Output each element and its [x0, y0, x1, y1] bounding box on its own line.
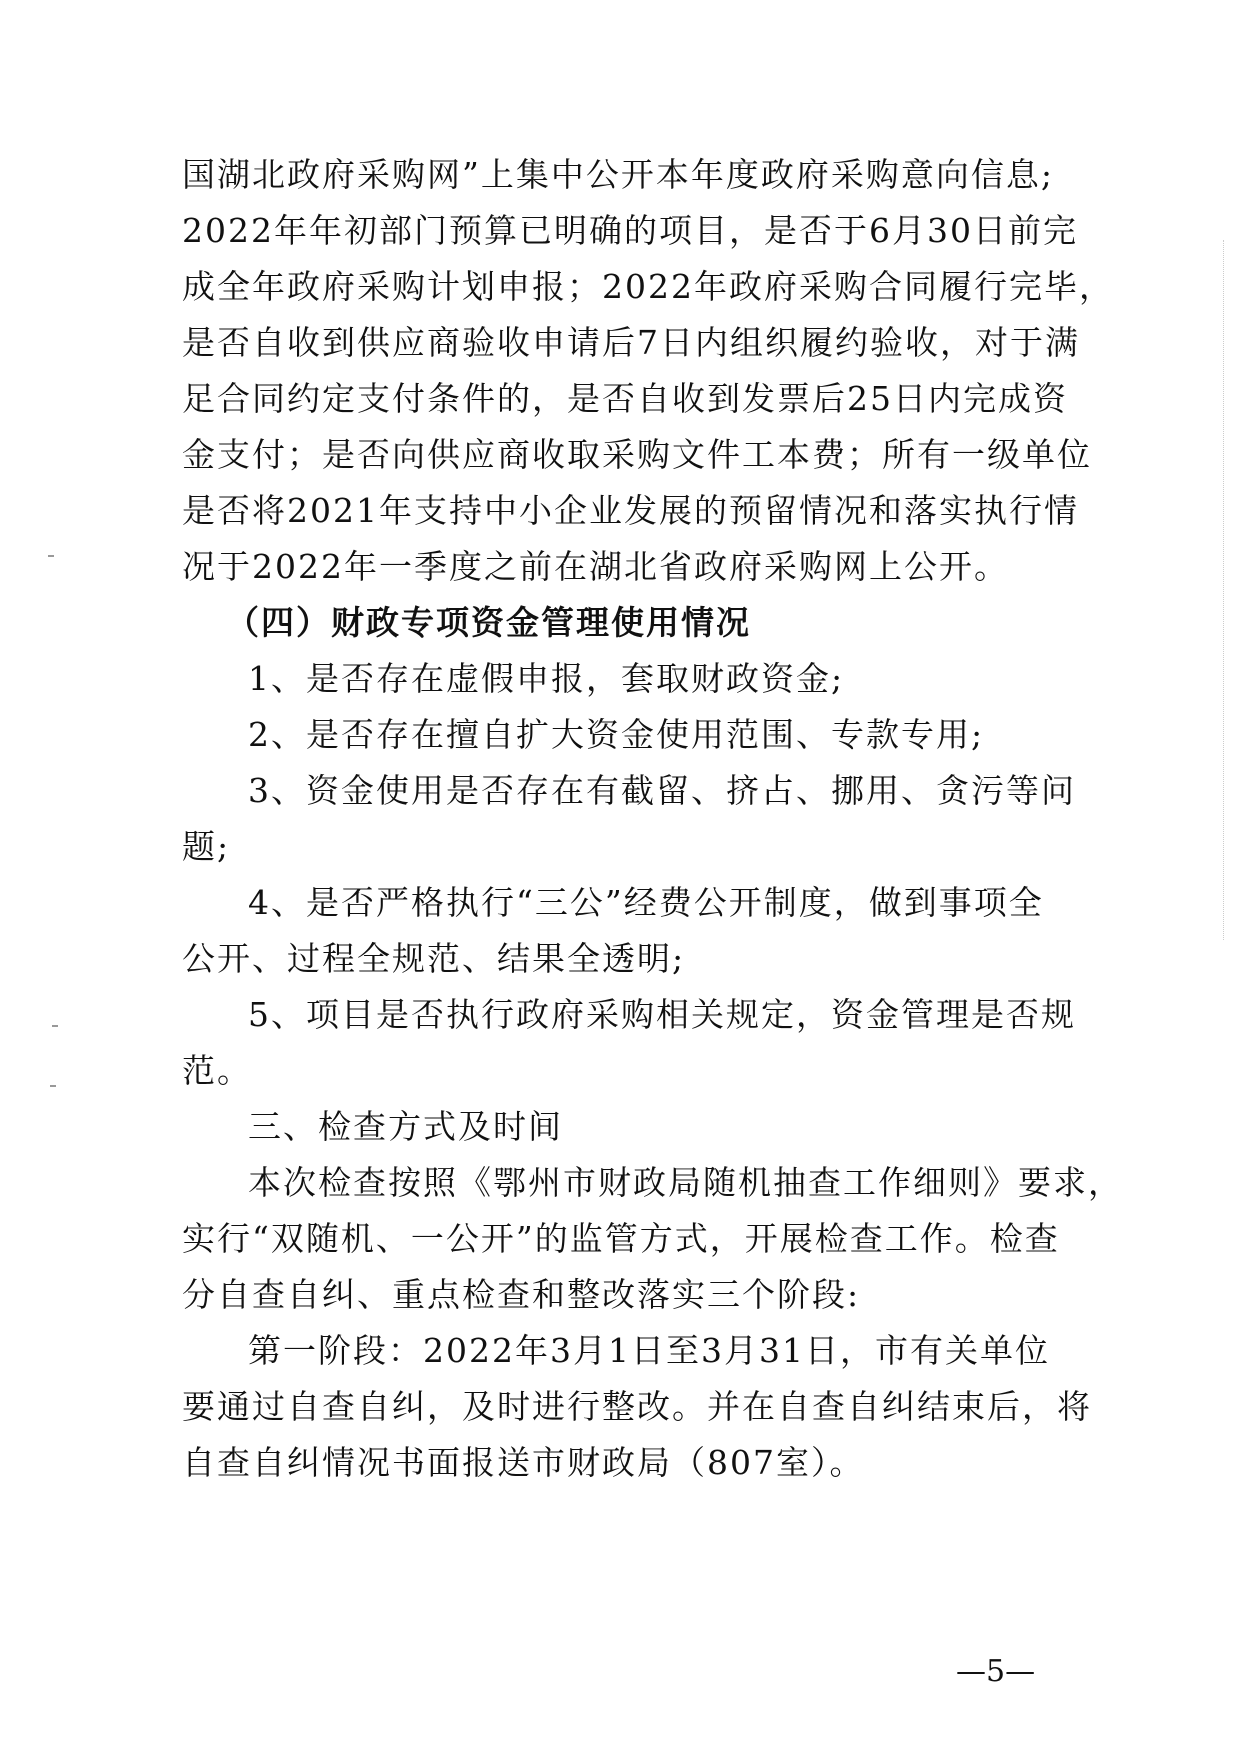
list-item-3: 3、资金使用是否存在有截留、挤占、挪用、贪污等问	[248, 774, 1108, 807]
body-line: 是否自收到供应商验收申请后7日内组织履约验收，对于满	[182, 326, 1042, 359]
section-heading-three: 三、检查方式及时间	[248, 1110, 1108, 1143]
body-line: 分自查自纠、重点检查和整改落实三个阶段:	[182, 1278, 1042, 1311]
list-item-5-continued: 范。	[182, 1054, 1042, 1087]
body-line: 况于2022年一季度之前在湖北省政府采购网上公开。	[182, 550, 1042, 583]
body-line: 国湖北政府采购网”上集中公开本年度政府采购意向信息;	[182, 158, 1042, 191]
list-item-3-continued: 题;	[182, 830, 1042, 863]
scan-margin-line	[1222, 240, 1224, 940]
scan-speck	[52, 1025, 58, 1027]
page-number: —5—	[956, 1654, 1035, 1689]
phase-one-line: 第一阶段：2022年3月1日至3月31日，市有关单位	[248, 1334, 1108, 1367]
body-line: 金支付；是否向供应商收取采购文件工本费；所有一级单位	[182, 438, 1042, 471]
body-line: 实行“双随机、一公开”的监管方式，开展检查工作。检查	[182, 1222, 1042, 1255]
body-line: 本次检查按照《鄂州市财政局随机抽查工作细则》要求，	[248, 1166, 1108, 1199]
body-line: 2022年年初部门预算已明确的项目，是否于6月30日前完	[182, 214, 1042, 247]
subheading-four: （四）财政专项资金管理使用情况	[226, 606, 1086, 639]
list-item-2: 2、是否存在擅自扩大资金使用范围、专款专用;	[248, 718, 1108, 751]
list-item-4-continued: 公开、过程全规范、结果全透明;	[182, 942, 1042, 975]
body-line: 是否将2021年支持中小企业发展的预留情况和落实执行情	[182, 494, 1042, 527]
body-line: 要通过自查自纠，及时进行整改。并在自查自纠结束后，将	[182, 1390, 1042, 1423]
body-line: 成全年政府采购计划申报；2022年政府采购合同履行完毕，	[182, 270, 1042, 303]
body-line: 足合同约定支付条件的，是否自收到发票后25日内完成资	[182, 382, 1042, 415]
list-item-1: 1、是否存在虚假申报，套取财政资金;	[248, 662, 1108, 695]
scan-speck	[48, 555, 54, 557]
list-item-4: 4、是否严格执行“三公”经费公开制度，做到事项全	[248, 886, 1108, 919]
scan-speck	[50, 1085, 56, 1087]
document-page: 国湖北政府采购网”上集中公开本年度政府采购意向信息; 2022年年初部门预算已明…	[0, 0, 1240, 1754]
body-line: 自查自纠情况书面报送市财政局（807室）。	[182, 1446, 1042, 1479]
list-item-5: 5、项目是否执行政府采购相关规定，资金管理是否规	[248, 998, 1108, 1031]
